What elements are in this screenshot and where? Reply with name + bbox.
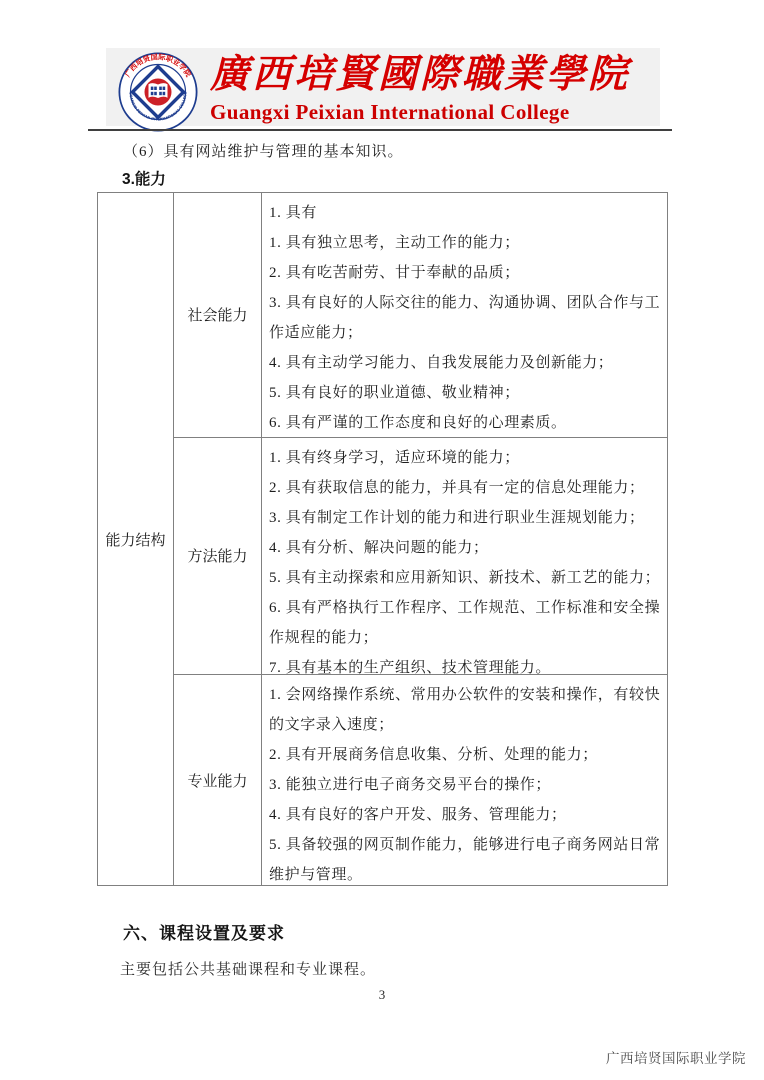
document-page: 广西培贤国际职业学院 GUANGXI PEIXIAN INTERNATIONAL… <box>0 0 764 1080</box>
header-divider <box>88 129 672 131</box>
ability-line: 7. 具有基本的生产组织、技术管理能力。 <box>269 653 663 676</box>
ability-line: 3. 能独立进行电子商务交易平台的操作； <box>269 770 663 800</box>
page-number: 3 <box>0 987 764 1003</box>
ability-line: 6. 具有严格执行工作程序、工作规范、工作标准和安全操作规程的能力； <box>269 593 663 653</box>
ability-line: 5. 具有良好的职业道德、敬业精神； <box>269 378 663 408</box>
curriculum-paragraph: 主要包括公共基础课程和专业课程。 <box>120 958 376 979</box>
ability-line: 4. 具有主动学习能力、自我发展能力及创新能力； <box>269 348 663 378</box>
section-heading-curriculum: 六、课程设置及要求 <box>123 919 285 944</box>
ability-line: 1. 具有 <box>269 198 663 228</box>
row-content-social-ability: 1. 具有1. 具有独立思考，主动工作的能力；2. 具有吃苦耐劳、甘于奉献的品质… <box>262 193 667 437</box>
ability-line: 2. 具有开展商务信息收集、分析、处理的能力； <box>269 740 663 770</box>
ability-line: 1. 具有终身学习，适应环境的能力； <box>269 443 663 473</box>
row-label-professional-ability: 专业能力 <box>174 675 262 885</box>
table-row-social-ability: 社会能力 1. 具有1. 具有独立思考，主动工作的能力；2. 具有吃苦耐劳、甘于… <box>174 193 667 438</box>
ability-structure-table: 能力结构 社会能力 1. 具有1. 具有独立思考，主动工作的能力；2. 具有吃苦… <box>97 192 668 886</box>
knowledge-item-6: （6）具有网站维护与管理的基本知识。 <box>123 140 404 161</box>
ability-line: 4. 具有分析、解决问题的能力； <box>269 533 663 563</box>
ability-line: 1. 会网络操作系统、常用办公软件的安装和操作，有较快的文字录入速度； <box>269 680 663 740</box>
section-heading-ability: 3.能力 <box>122 167 166 189</box>
table-rows: 社会能力 1. 具有1. 具有独立思考，主动工作的能力；2. 具有吃苦耐劳、甘于… <box>174 193 667 885</box>
ability-structure-label: 能力结构 <box>105 529 165 550</box>
ability-line: 5. 具备较强的网页制作能力，能够进行电子商务网站日常维护与管理。 <box>269 830 663 885</box>
ability-line: 4. 具有良好的客户开发、服务、管理能力； <box>269 800 663 830</box>
footer-watermark: 广西培贤国际职业学院 <box>606 1047 746 1067</box>
ability-line: 5. 具有主动探索和应用新知识、新技术、新工艺的能力； <box>269 563 663 593</box>
college-name-english: Guangxi Peixian International College <box>210 100 654 124</box>
table-rowspan-header: 能力结构 <box>98 193 174 885</box>
ability-line: 3. 具有制定工作计划的能力和进行职业生涯规划能力； <box>269 503 663 533</box>
ability-line: 2. 具有获取信息的能力，并具有一定的信息处理能力； <box>269 473 663 503</box>
table-row-professional-ability: 专业能力 1. 会网络操作系统、常用办公软件的安装和操作，有较快的文字录入速度；… <box>174 675 667 885</box>
row-content-professional-ability: 1. 会网络操作系统、常用办公软件的安装和操作，有较快的文字录入速度；2. 具有… <box>262 675 667 885</box>
college-name-chinese: 廣西培賢國際職業學院 <box>210 50 654 100</box>
ability-line: 6. 具有严谨的工作态度和良好的心理素质。 <box>269 408 663 438</box>
table-row-method-ability: 方法能力 1. 具有终身学习，适应环境的能力；2. 具有获取信息的能力，并具有一… <box>174 438 667 676</box>
row-content-method-ability: 1. 具有终身学习，适应环境的能力；2. 具有获取信息的能力，并具有一定的信息处… <box>262 438 667 675</box>
college-title-block: 廣西培賢國際職業學院 Guangxi Peixian International… <box>210 50 654 124</box>
college-logo: 广西培贤国际职业学院 GUANGXI PEIXIAN INTERNATIONAL… <box>118 52 198 132</box>
row-label-social-ability: 社会能力 <box>174 193 262 437</box>
college-seal-icon: 广西培贤国际职业学院 GUANGXI PEIXIAN INTERNATIONAL… <box>118 52 198 132</box>
ability-line: 2. 具有吃苦耐劳、甘于奉献的品质； <box>269 258 663 288</box>
header-band: 广西培贤国际职业学院 GUANGXI PEIXIAN INTERNATIONAL… <box>106 48 660 126</box>
ability-line: 1. 具有独立思考，主动工作的能力； <box>269 228 663 258</box>
ability-line: 3. 具有良好的人际交往的能力、沟通协调、团队合作与工作适应能力； <box>269 288 663 348</box>
row-label-method-ability: 方法能力 <box>174 438 262 675</box>
